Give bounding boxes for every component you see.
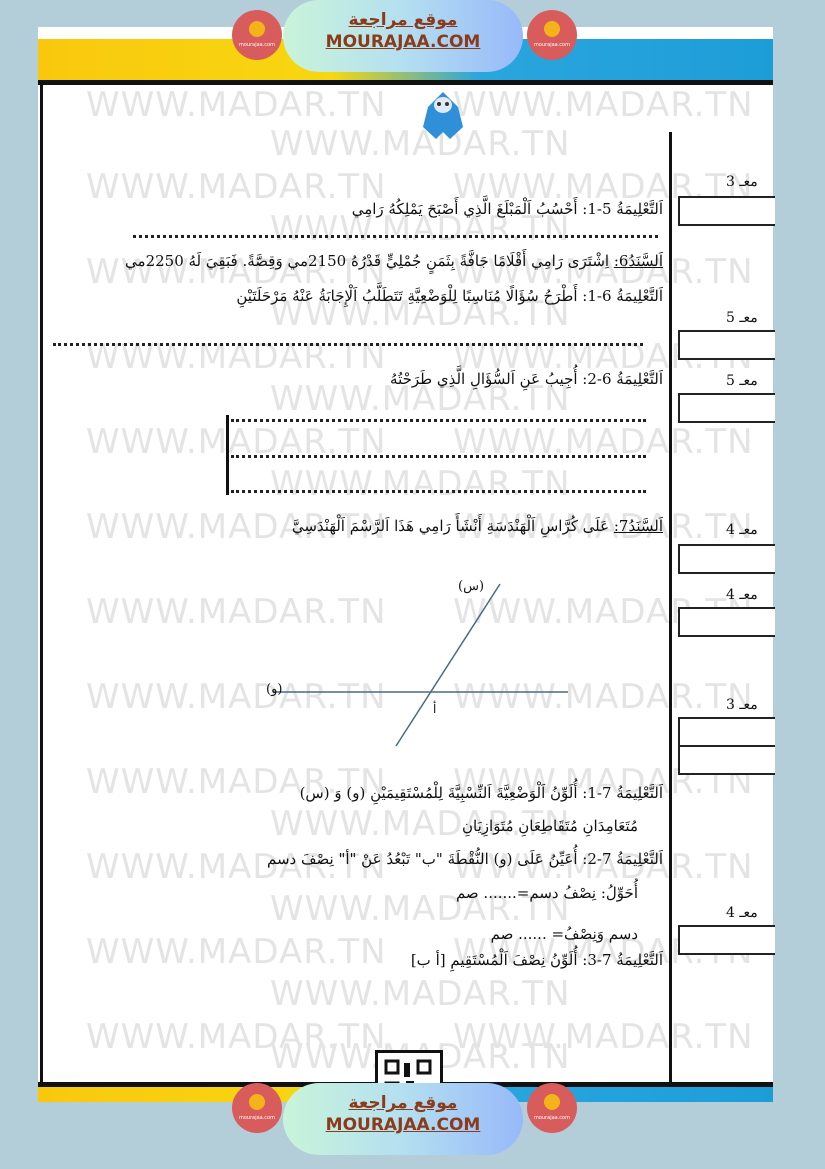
point-a-label: أ bbox=[433, 702, 436, 716]
document-7: اَلسَّنَدُ7: عَلَى كُرَّاسِ اَلْهَنْدَسَ… bbox=[292, 517, 663, 535]
answer-line[interactable] bbox=[53, 343, 643, 346]
grade-label: معـ 3 bbox=[726, 174, 758, 190]
document-6: اَلسَّنَدُ6: اِشْتَرَى رَامِي أَقْلَامًا… bbox=[125, 252, 663, 270]
grade-label: معـ 3 bbox=[726, 697, 758, 713]
mourajaa-header-badge[interactable]: موقع مراجعة MOURAJAA.COM bbox=[283, 0, 523, 72]
mourajaa-footer-badge[interactable]: موقع مراجعة MOURAJAA.COM bbox=[283, 1083, 523, 1155]
grade-input[interactable] bbox=[678, 925, 775, 955]
instruction-7-1: اَلتَّعْلِيمَةُ 7-1: أُلَوِّنُ اَلْوَضْع… bbox=[300, 784, 663, 802]
conversion-2[interactable]: دسم وَنِصْفُ= ...... صم bbox=[491, 925, 638, 943]
watermark-text: WWW.MADAR.TN bbox=[270, 464, 571, 504]
document-7-text: عَلَى كُرَّاسِ اَلْهَنْدَسَةِ أَنْشَأَ ر… bbox=[292, 517, 614, 535]
mourajaa-logo-icon[interactable]: mourajaa.com bbox=[527, 10, 577, 60]
mourajaa-logo-icon[interactable]: mourajaa.com bbox=[232, 10, 282, 60]
grade-input[interactable] bbox=[678, 607, 775, 637]
answer-line[interactable] bbox=[133, 235, 658, 238]
document-6-label: اَلسَّنَدُ6: bbox=[614, 252, 663, 270]
document-6-text: اِشْتَرَى رَامِي أَقْلَامًا جَافَّةً بِث… bbox=[125, 252, 614, 270]
badge-arabic-title: موقع مراجعة bbox=[283, 1093, 523, 1113]
grade-label: معـ 4 bbox=[726, 905, 758, 921]
document-7-label: اَلسَّنَدُ7: bbox=[614, 517, 663, 535]
line-w-label: (و) bbox=[266, 682, 282, 697]
grade-input[interactable] bbox=[678, 393, 775, 423]
exam-page: WWW.MADAR.TN WWW.MADAR.TN WWW.MADAR.TN W… bbox=[38, 27, 773, 1102]
grade-input[interactable] bbox=[678, 196, 775, 226]
grade-label: معـ 4 bbox=[726, 522, 758, 538]
watermark-text: WWW.MADAR.TN bbox=[453, 85, 754, 125]
watermark-text: WWW.MADAR.TN bbox=[270, 974, 571, 1014]
grade-input[interactable] bbox=[678, 745, 775, 775]
frame-left-border bbox=[40, 85, 43, 1082]
mourajaa-logo-icon[interactable]: mourajaa.com bbox=[527, 1083, 577, 1133]
answer-bracket bbox=[226, 415, 229, 495]
instruction-7-3: اَلتَّعْلِيمَةُ 7-3: أُلَوِّنُ نِصْفَ اَ… bbox=[411, 951, 663, 969]
grade-input[interactable] bbox=[678, 330, 775, 360]
watermark-text: WWW.MADAR.TN bbox=[86, 85, 387, 125]
geometry-figure bbox=[268, 577, 568, 777]
badge-domain[interactable]: MOURAJAA.COM bbox=[283, 1115, 523, 1135]
grade-input[interactable] bbox=[678, 544, 775, 574]
badge-arabic-title: موقع مراجعة bbox=[283, 10, 523, 30]
answer-line[interactable] bbox=[231, 490, 646, 493]
mourajaa-logo-icon[interactable]: mourajaa.com bbox=[232, 1083, 282, 1133]
instruction-6-1: اَلتَّعْلِيمَةُ 6-1: أَطْرَحُ سُؤَالًا م… bbox=[236, 287, 663, 305]
line-s-label: (س) bbox=[458, 579, 484, 594]
answer-line[interactable] bbox=[231, 455, 646, 458]
instruction-7-1-options[interactable]: مُتَعَامِدَانِ مُتَقَاطِعَانِ مُتَوَازِي… bbox=[462, 817, 638, 835]
grade-input[interactable] bbox=[678, 717, 775, 747]
instruction-6-2: اَلتَّعْلِيمَةُ 6-2: أُجِيبُ عَنِ اَلسُّ… bbox=[390, 370, 663, 388]
grade-label: معـ 5 bbox=[726, 310, 758, 326]
badge-domain[interactable]: MOURAJAA.COM bbox=[283, 32, 523, 52]
grade-label: معـ 4 bbox=[726, 587, 758, 603]
conversion-1[interactable]: أُحَوِّلُ: نِصْفُ دسم=....... صم bbox=[456, 884, 638, 902]
instruction-5-1: اَلتَّعْلِيمَةُ 5-1: أَحْسُبُ اَلْمَبْلَ… bbox=[352, 200, 663, 218]
watermark-text: WWW.MADAR.TN bbox=[86, 932, 387, 972]
owl-mascot-icon bbox=[418, 87, 468, 142]
answer-line[interactable] bbox=[231, 419, 646, 422]
grade-label: معـ 5 bbox=[726, 373, 758, 389]
watermark-text: WWW.MADAR.TN bbox=[86, 167, 387, 207]
instruction-7-2: اَلتَّعْلِيمَةُ 7-2: أُعَيِّنُ عَلَى (و)… bbox=[267, 850, 663, 868]
